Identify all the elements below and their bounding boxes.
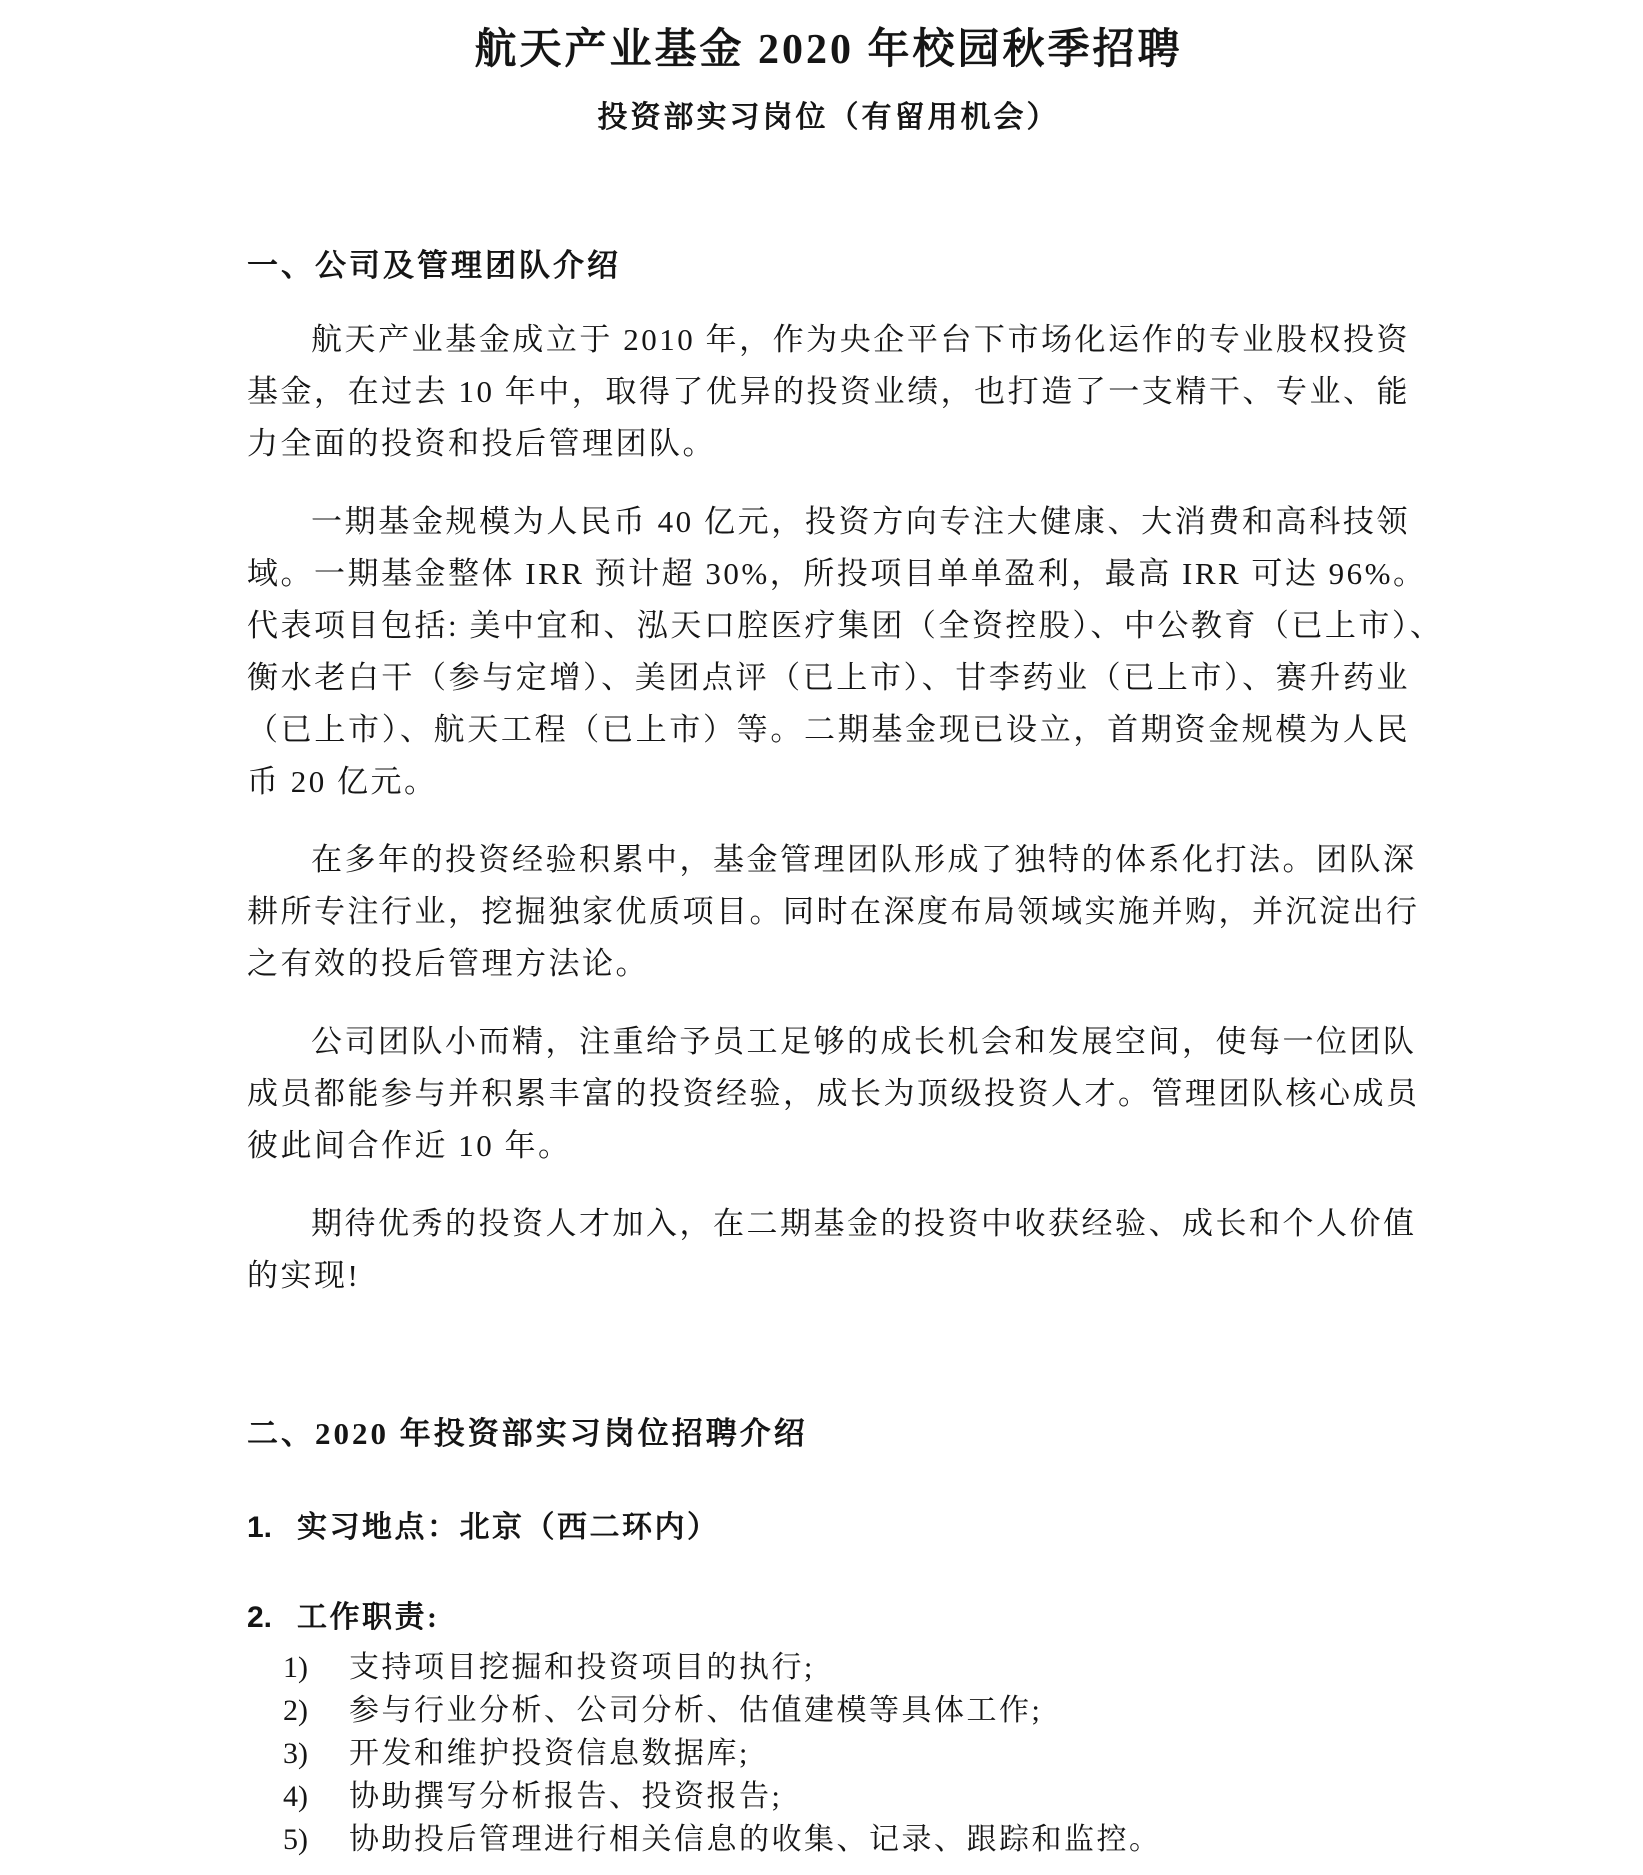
paragraph-line: 彼此间合作近 10 年。 bbox=[247, 1120, 1410, 1172]
duty-item: 3) 开发和维护投资信息数据库; bbox=[283, 1732, 1410, 1775]
section-1-heading: 一、公司及管理团队介绍 bbox=[247, 244, 1410, 288]
item-number: 2. bbox=[247, 1598, 297, 1638]
duty-text: 协助撰写分析报告、投资报告; bbox=[349, 1775, 782, 1818]
item-text: 工作职责: bbox=[297, 1598, 440, 1638]
paragraph-company-intro: 航天产业基金成立于 2010 年，作为央企平台下市场化运作的专业股权投资 基金，… bbox=[247, 314, 1410, 470]
paragraph-line: 域。一期基金整体 IRR 预计超 30%，所投项目单单盈利，最高 IRR 可达 … bbox=[247, 548, 1410, 600]
duty-number: 1) bbox=[283, 1646, 349, 1689]
duty-number: 3) bbox=[283, 1732, 349, 1775]
paragraph-line: （已上市）、航天工程（已上市）等。二期基金现已设立，首期资金规模为人民 bbox=[247, 704, 1410, 756]
duty-number: 2) bbox=[283, 1689, 349, 1732]
paragraph-line: 成员都能参与并积累丰富的投资经验，成长为顶级投资人才。管理团队核心成员 bbox=[247, 1068, 1410, 1120]
paragraph-line: 力全面的投资和投后管理团队。 bbox=[247, 418, 1410, 470]
item-text: 实习地点：北京（西二环内） bbox=[297, 1508, 720, 1548]
section-2-heading: 二、2020 年投资部实习岗位招聘介绍 bbox=[247, 1412, 1410, 1456]
paragraph-team-culture: 公司团队小而精，注重给予员工足够的成长机会和发展空间，使每一位团队 成员都能参与… bbox=[247, 1016, 1410, 1172]
duty-text: 协助投后管理进行相关信息的收集、记录、跟踪和监控。 bbox=[349, 1818, 1162, 1861]
item-number: 1. bbox=[247, 1508, 297, 1548]
paragraph-line: 航天产业基金成立于 2010 年，作为央企平台下市场化运作的专业股权投资 bbox=[247, 314, 1410, 366]
paragraph-line: 的实现! bbox=[247, 1250, 1410, 1302]
paragraph-fund-performance: 一期基金规模为人民币 40 亿元，投资方向专注大健康、大消费和高科技领 域。一期… bbox=[247, 496, 1410, 808]
document-page: 航天产业基金 2020 年校园秋季招聘 投资部实习岗位（有留用机会） 一、公司及… bbox=[0, 0, 1643, 1875]
paragraph-line: 期待优秀的投资人才加入，在二期基金的投资中收获经验、成长和个人价值 bbox=[247, 1198, 1410, 1250]
duty-item: 2) 参与行业分析、公司分析、估值建模等具体工作; bbox=[283, 1689, 1410, 1732]
paragraph-line: 在多年的投资经验积累中，基金管理团队形成了独特的体系化打法。团队深 bbox=[247, 834, 1410, 886]
paragraph-line: 币 20 亿元。 bbox=[247, 756, 1410, 808]
duty-number: 5) bbox=[283, 1818, 349, 1861]
item-internship-location: 1. 实习地点：北京（西二环内） bbox=[247, 1508, 1410, 1548]
duty-text: 参与行业分析、公司分析、估值建模等具体工作; bbox=[349, 1689, 1042, 1732]
document-title: 航天产业基金 2020 年校园秋季招聘 bbox=[247, 24, 1410, 76]
paragraph-line: 公司团队小而精，注重给予员工足够的成长机会和发展空间，使每一位团队 bbox=[247, 1016, 1410, 1068]
duty-item: 5) 协助投后管理进行相关信息的收集、记录、跟踪和监控。 bbox=[283, 1818, 1410, 1861]
duty-list: 1) 支持项目挖掘和投资项目的执行; 2) 参与行业分析、公司分析、估值建模等具… bbox=[247, 1646, 1410, 1861]
document-subtitle: 投资部实习岗位（有留用机会） bbox=[247, 98, 1410, 138]
duty-item: 4) 协助撰写分析报告、投资报告; bbox=[283, 1775, 1410, 1818]
item-job-responsibilities: 2. 工作职责: bbox=[247, 1598, 1410, 1638]
duty-number: 4) bbox=[283, 1775, 349, 1818]
paragraph-line: 代表项目包括: 美中宜和、泓天口腔医疗集团（全资控股）、中公教育（已上市）、 bbox=[247, 600, 1410, 652]
paragraph-line: 耕所专注行业，挖掘独家优质项目。同时在深度布局领域实施并购，并沉淀出行 bbox=[247, 886, 1410, 938]
paragraph-line: 一期基金规模为人民币 40 亿元，投资方向专注大健康、大消费和高科技领 bbox=[247, 496, 1410, 548]
duty-text: 支持项目挖掘和投资项目的执行; bbox=[349, 1646, 815, 1689]
paragraph-line: 衡水老白干（参与定增）、美团点评（已上市）、甘李药业（已上市）、赛升药业 bbox=[247, 652, 1410, 704]
paragraph-line: 基金，在过去 10 年中，取得了优异的投资业绩，也打造了一支精干、专业、能 bbox=[247, 366, 1410, 418]
paragraph-methodology: 在多年的投资经验积累中，基金管理团队形成了独特的体系化打法。团队深 耕所专注行业… bbox=[247, 834, 1410, 990]
duty-text: 开发和维护投资信息数据库; bbox=[349, 1732, 750, 1775]
paragraph-invitation: 期待优秀的投资人才加入，在二期基金的投资中收获经验、成长和个人价值 的实现! bbox=[247, 1198, 1410, 1302]
duty-item: 1) 支持项目挖掘和投资项目的执行; bbox=[283, 1646, 1410, 1689]
paragraph-line: 之有效的投后管理方法论。 bbox=[247, 938, 1410, 990]
